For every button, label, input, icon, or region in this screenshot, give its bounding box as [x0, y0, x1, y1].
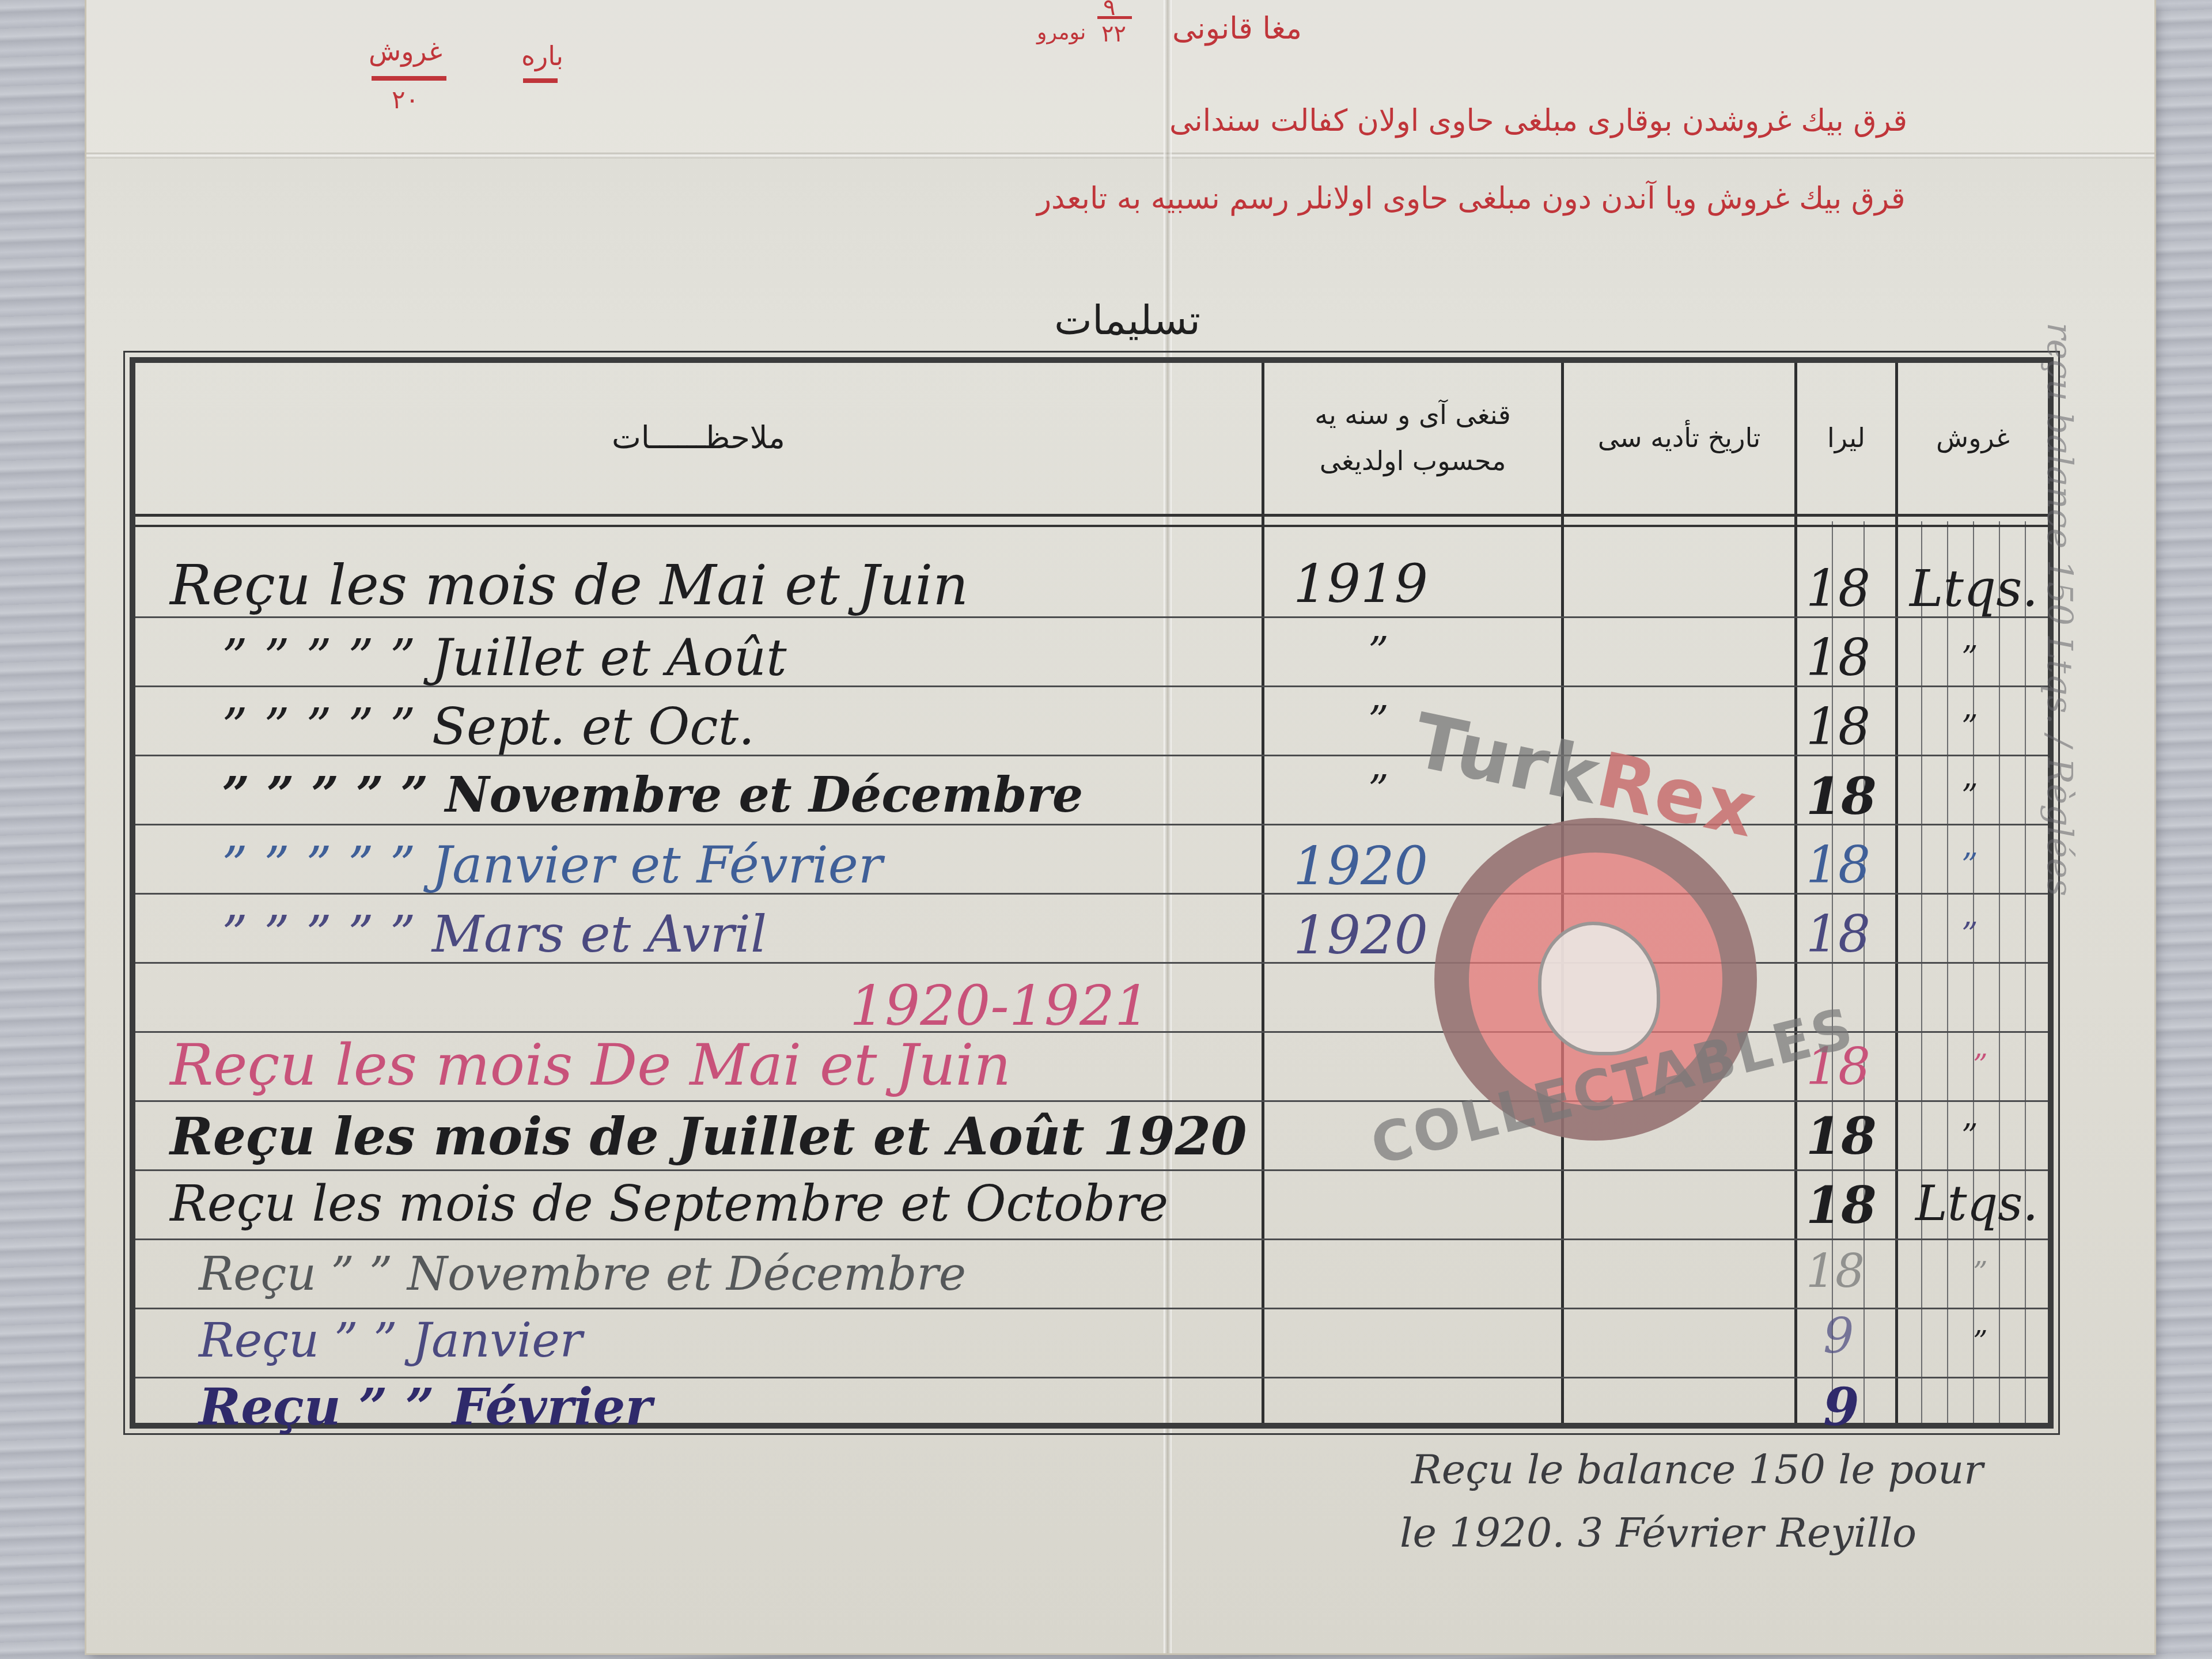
lira-row-7: 18: [1806, 1037, 1870, 1096]
payments-table: ملاحظــــــات قنغى آى و سنه يه محسوب اول…: [130, 357, 2054, 1429]
kurus-row-1: Ltqs.: [1910, 559, 2038, 618]
header-payment-date: تاريخ تأديه سى: [1564, 363, 1794, 513]
fee-para-label: باره: [521, 40, 563, 71]
fee-kurus-value: ٢٠: [392, 85, 419, 115]
year-row-2: ”: [1368, 628, 1389, 675]
lira-row-4: 18: [1806, 766, 1876, 826]
year-row-1: 1919: [1293, 553, 1428, 615]
year-row-6: 1920: [1293, 904, 1428, 966]
bottom-note-line-2: le 1920. 3 Février Reyillo: [1400, 1509, 1916, 1556]
remark-row-2: ” ” ” ” ” Juillet et Août: [222, 628, 787, 687]
section-title: تسليمات: [1054, 297, 1200, 344]
header-lira: ليرا: [1797, 363, 1895, 513]
law-reference: مغا قانونی: [1172, 12, 1302, 46]
lira-row-3: 18: [1806, 697, 1870, 756]
row-line: [135, 1169, 2048, 1171]
lira-row-2: 18: [1806, 628, 1870, 687]
remark-row-3: ” ” ” ” ” Sept. et Oct.: [222, 697, 755, 756]
form-number-label: نومرو: [1037, 21, 1086, 44]
fee-para-rule: [523, 78, 558, 83]
remark-row-11: Reçu ” ” Janvier: [199, 1313, 582, 1368]
form-number-denominator: ٢٢: [1101, 21, 1126, 47]
header-remarks: ملاحظــــــات: [135, 363, 1262, 513]
kurus-row-2: ”: [1961, 639, 1978, 677]
row-line: [135, 1238, 2048, 1240]
kurus-row-6: ”: [1961, 916, 1978, 953]
remark-row-7: Reçu les mois De Mai et Juin: [170, 1031, 1011, 1099]
lira-row-1: 18: [1806, 559, 1870, 618]
kurus-row-7: ”: [1973, 1048, 1988, 1082]
margin-pencil-note: reçu balance 150 Ltqs. / Règlées: [2039, 323, 2080, 896]
kurus-row-4: ”: [1961, 778, 1978, 815]
fee-kurus-label: غروش: [369, 36, 442, 67]
header-rule: [135, 514, 2048, 527]
lira-row-12: 9: [1823, 1377, 1859, 1438]
header-month-year: قنغى آى و سنه يه محسوب اولديغى: [1264, 363, 1561, 513]
kurus-row-9: Ltqs.: [1915, 1175, 2038, 1232]
lira-row-9: 18: [1806, 1175, 1876, 1235]
remark-row-6: ” ” ” ” ” Mars et Avril: [222, 904, 767, 964]
fee-kurus-rule: [372, 76, 446, 81]
remark-year-heading: 1920-1921: [850, 974, 1150, 1038]
lira-row-6: 18: [1806, 904, 1870, 964]
remark-row-4: ” ” ” ” ” Novembre et Décembre: [222, 766, 1083, 823]
kurus-subgrid: [1947, 521, 1948, 1423]
year-row-3: ”: [1368, 697, 1389, 744]
lira-row-11: 9: [1823, 1308, 1854, 1364]
lira-row-5: 18: [1806, 835, 1870, 895]
kurus-row-11: ”: [1973, 1325, 1988, 1358]
form-number-rule: [1097, 16, 1132, 19]
lira-row-8: 18: [1806, 1106, 1876, 1166]
kurus-row-5: ”: [1961, 847, 1978, 884]
kurus-row-8: ”: [1961, 1118, 1978, 1155]
year-row-5: 1920: [1293, 835, 1428, 897]
row-line: [135, 1100, 2048, 1102]
remark-row-5: ” ” ” ” ” Janvier et Février: [222, 835, 882, 895]
row-line: [135, 824, 2048, 825]
year-row-4: ”: [1368, 766, 1389, 813]
kurus-subgrid: [2025, 521, 2026, 1423]
kurus-subgrid: [1921, 521, 1922, 1423]
remark-row-8: Reçu les mois de Juillet et Août 1920: [170, 1106, 1247, 1167]
bottom-note-line-1: Reçu le balance 150 le pour: [1411, 1446, 1983, 1493]
remark-row-9: Reçu les mois de Septembre et Octobre: [170, 1175, 1168, 1233]
horizontal-fold: [86, 153, 2154, 158]
header-note-1: قرق بيك غروشدن بوقارى مبلغى حاوى اولان ك…: [1169, 104, 1907, 138]
kurus-subgrid: [1999, 521, 2000, 1423]
kurus-row-10: ”: [1973, 1256, 1988, 1289]
kurus-row-3: ”: [1961, 709, 1978, 746]
row-line: [135, 1308, 2048, 1309]
remark-row-10: Reçu ” ” Novembre et Décembre: [199, 1247, 966, 1301]
header-note-2: قرق بيك غروش ويا آندن دون مبلغى حاوى اول…: [1037, 181, 1906, 216]
header-kurus: غروش: [1898, 363, 2048, 513]
remark-row-1: Reçu les mois de Mai et Juin: [170, 553, 968, 618]
remark-row-12: Reçu ” ” Février: [199, 1377, 652, 1437]
lira-row-10: 18: [1806, 1244, 1865, 1298]
